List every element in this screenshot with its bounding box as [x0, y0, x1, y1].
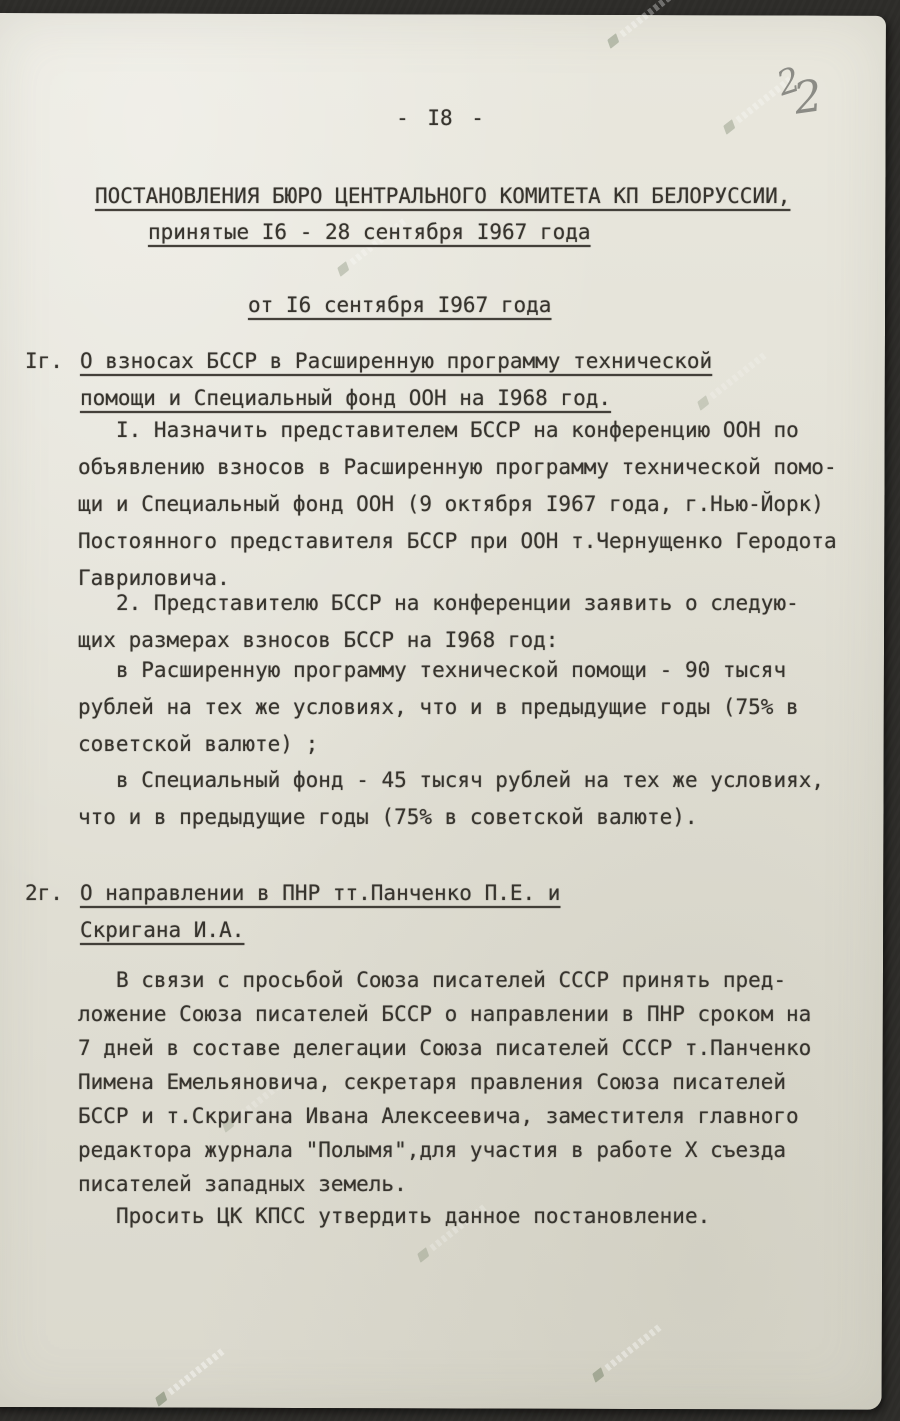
- section-1-number: Iг.: [25, 343, 85, 380]
- document-title-line2: принятые I6 - 28 сентября I967 года: [148, 214, 591, 251]
- section-2-paragraph-2: Просить ЦК КПСС утвердить данное постано…: [78, 1198, 878, 1235]
- section-1-paragraph-1: I. Назначить представителем БССР на конф…: [78, 412, 878, 597]
- section-1-heading: О взносах БССР в Расширенную программу т…: [80, 343, 870, 417]
- section-2-paragraph-1: В связи с просьбой Союза писателей СССР …: [78, 963, 878, 1201]
- scan-backdrop: 2 2 - I8 - ПОСТАНОВЛЕНИЯ БЮРО ЦЕНТРАЛЬНО…: [0, 0, 900, 1421]
- section-1-paragraph-4: в Специальный фонд - 45 тысяч рублей на …: [78, 762, 878, 836]
- date-heading: от I6 сентября I967 года: [248, 287, 551, 324]
- document-content: 2 2 - I8 - ПОСТАНОВЛЕНИЯ БЮРО ЦЕНТРАЛЬНО…: [0, 0, 900, 1421]
- section-1-paragraph-3: в Расширенную программу технической помо…: [78, 652, 878, 763]
- document-title-line1: ПОСТАНОВЛЕНИЯ БЮРО ЦЕНТРАЛЬНОГО КОМИТЕТА…: [95, 178, 790, 215]
- section-1-paragraph-2: 2. Представителю БССР на конференции зая…: [78, 585, 878, 659]
- section-2-number: 2г.: [25, 875, 85, 912]
- section-2-heading: О направлении в ПНР тт.Панченко П.Е. и С…: [80, 875, 870, 949]
- page-number: - I8 -: [0, 100, 880, 137]
